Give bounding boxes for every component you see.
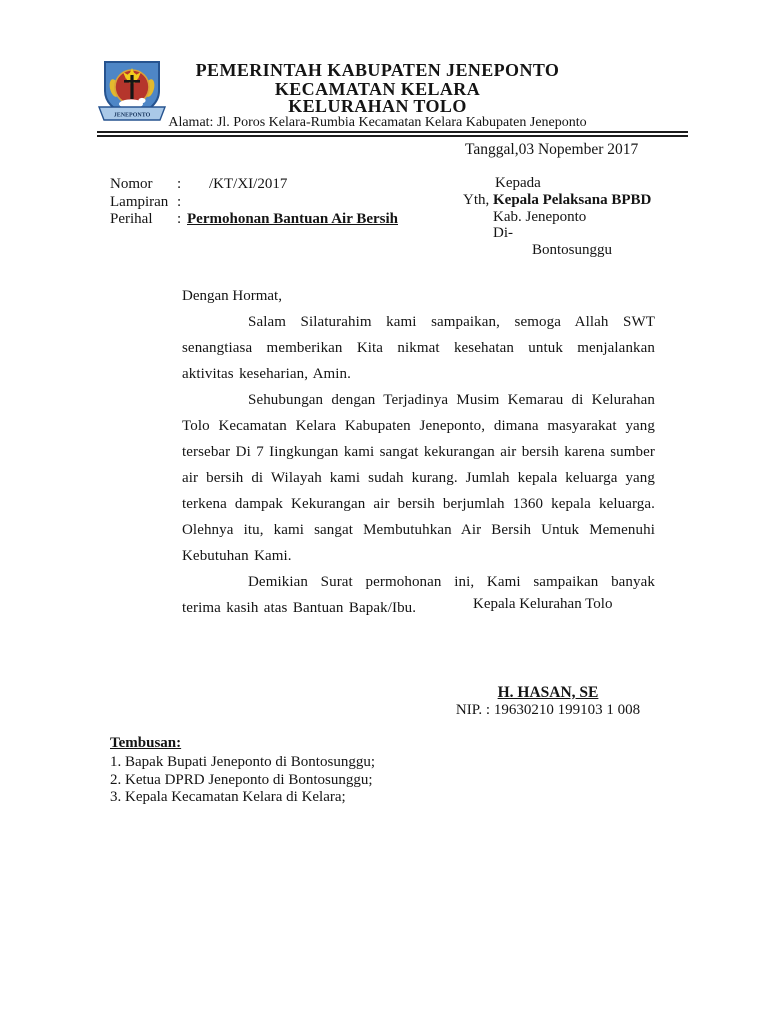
- nomor-label: Nomor: [110, 176, 177, 194]
- lampiran-colon: :: [177, 194, 187, 212]
- nomor-colon: :: [177, 176, 187, 194]
- letter-meta: Nomor:/KT/XI/2017 Lampiran: Perihal:Perm…: [110, 176, 398, 229]
- recipient-block: Kepada Yth, Kepala Pelaksana BPBD Kab. J…: [463, 175, 651, 259]
- letterhead-double-rule: [97, 131, 688, 137]
- recipient-kepada: Kepada: [463, 175, 651, 192]
- recipient-yth-prefix: Yth,: [463, 192, 493, 208]
- recipient-org: Kab. Jeneponto: [463, 209, 651, 226]
- letterhead-village-line: KELURAHAN TOLO: [85, 98, 670, 114]
- letterhead: PEMERINTAH KABUPATEN JENEPONTO KECAMATAN…: [85, 60, 670, 131]
- meta-row-perihal: Perihal:Permohonan Bantuan Air Bersih: [110, 211, 398, 229]
- perihal-value: Permohonan Bantuan Air Bersih: [187, 211, 398, 227]
- salutation: Dengan Hormat,: [182, 283, 655, 309]
- letterhead-address: Alamat: Jl. Poros Kelara-Rumbia Kecamata…: [85, 115, 670, 131]
- tembusan-item: 3. Kepala Kecamatan Kelara di Kelara;: [110, 789, 375, 807]
- letterhead-government-line: PEMERINTAH KABUPATEN JENEPONTO: [85, 60, 670, 80]
- recipient-yth-line: Yth, Kepala Pelaksana BPBD: [463, 192, 651, 209]
- meta-row-nomor: Nomor:/KT/XI/2017: [110, 176, 398, 194]
- tembusan-item: 2. Ketua DPRD Jeneponto di Bontosunggu;: [110, 772, 375, 790]
- signatory-name: H. HASAN, SE: [452, 684, 644, 702]
- lampiran-label: Lampiran: [110, 194, 177, 212]
- recipient-di: Di-: [463, 225, 651, 242]
- letter-body: Dengan Hormat, Salam Silaturahim kami sa…: [182, 283, 655, 621]
- recipient-name: Kepala Pelaksana BPBD: [493, 192, 651, 208]
- signatory-nip: NIP. : 19630210 199103 1 008: [452, 702, 644, 720]
- paragraph-1: Salam Silaturahim kami sampaikan, semoga…: [182, 309, 655, 387]
- perihal-label: Perihal: [110, 211, 177, 229]
- signatory-title: Kepala Kelurahan Tolo: [473, 596, 612, 613]
- signature-block: H. HASAN, SE NIP. : 19630210 199103 1 00…: [452, 684, 644, 719]
- meta-row-lampiran: Lampiran:: [110, 194, 398, 212]
- tembusan-section: Tembusan: 1. Bapak Bupati Jeneponto di B…: [110, 735, 375, 807]
- letter-page: JENEPONTO PEMERINTAH KABUPATEN JENEPONTO…: [0, 0, 768, 1024]
- nomor-value: /KT/XI/2017: [187, 176, 287, 192]
- letter-date: Tanggal,03 Nopember 2017: [465, 141, 638, 159]
- perihal-colon: :: [177, 211, 187, 229]
- recipient-city: Bontosunggu: [463, 242, 651, 259]
- tembusan-item: 1. Bapak Bupati Jeneponto di Bontosunggu…: [110, 754, 375, 772]
- paragraph-2: Sehubungan dengan Terjadinya Musim Kemar…: [182, 387, 655, 569]
- tembusan-heading: Tembusan:: [110, 735, 181, 753]
- paragraph-3: Demikian Surat permohonan ini, Kami samp…: [182, 569, 655, 621]
